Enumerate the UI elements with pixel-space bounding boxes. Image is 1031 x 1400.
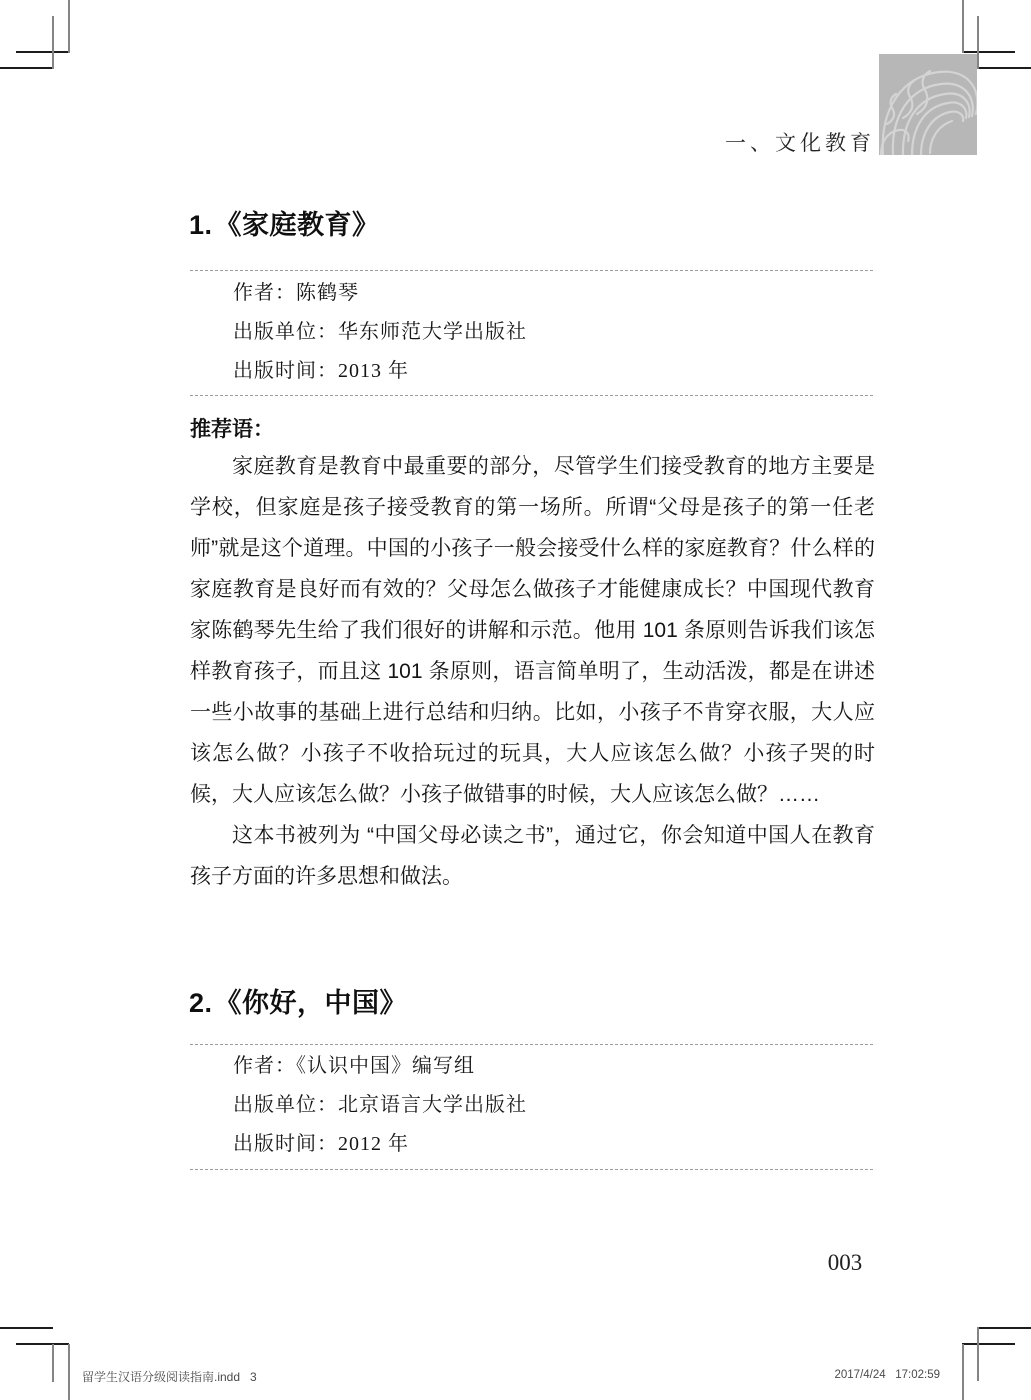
pubdate-line: 出版时间：2012 年	[233, 1125, 853, 1164]
section-2-meta: 作者：《认识中国》编写组 出版单位：北京语言大学出版社 出版时间：2012 年	[233, 1047, 853, 1164]
author-line: 作者：《认识中国》编写组	[233, 1047, 853, 1086]
publisher-line: 出版单位：华东师范大学出版社	[233, 313, 853, 352]
crop-mark	[962, 1344, 964, 1400]
divider-rule	[190, 1044, 874, 1045]
divider-rule	[190, 270, 874, 271]
running-head: 一、文化教育	[190, 127, 875, 157]
section-1-meta: 作者：陈鹤琴 出版单位：华东师范大学出版社 出版时间：2013 年	[233, 274, 853, 391]
author-line: 作者：陈鹤琴	[233, 274, 853, 313]
crop-mark	[0, 67, 53, 69]
section-1-title: 1.《家庭教育》	[189, 205, 875, 245]
crop-mark	[52, 1344, 54, 1382]
publisher-line: 出版单位：北京语言大学出版社	[233, 1086, 853, 1125]
crop-mark	[962, 51, 1015, 53]
crop-mark	[16, 1343, 69, 1345]
crop-mark	[977, 1327, 979, 1381]
divider-rule	[190, 395, 874, 396]
wave-ornament	[879, 54, 977, 155]
recommendation-label: 推荐语：	[190, 413, 274, 443]
page-number: 003	[800, 1250, 890, 1276]
crop-mark	[977, 67, 1031, 69]
recommendation-body: 家庭教育是教育中最重要的部分，尽管学生们接受教育的地方主要是学校，但家庭是孩子接…	[190, 446, 875, 897]
section-2-title: 2.《你好，中国》	[189, 983, 875, 1023]
section-2-title-text: 《你好，中国》	[215, 988, 408, 1018]
crop-mark	[52, 16, 54, 69]
wave-swirl-icon	[879, 54, 977, 155]
footer-timestamp: 2017/4/24 17:02:59	[790, 1369, 940, 1381]
section-2-number: 2.	[189, 988, 213, 1018]
divider-rule	[190, 1169, 874, 1170]
crop-mark	[16, 51, 69, 53]
crop-mark	[962, 1343, 1015, 1345]
section-1-number: 1.	[189, 210, 213, 240]
recommendation-paragraph: 这本书被列为 “中国父母必读之书”，通过它，你会知道中国人在教育孩子方面的许多思…	[190, 815, 875, 897]
crop-mark	[68, 1344, 70, 1400]
crop-mark	[977, 16, 979, 69]
section-1-title-text: 《家庭教育》	[215, 210, 380, 240]
book-page: 一、文化教育 1.《家庭教育》 作者：陈鹤琴 出版单位：华东师范大学出版社 出版…	[0, 0, 1031, 1400]
footer-filename: 留学生汉语分级阅读指南.indd 3	[82, 1368, 257, 1385]
crop-mark	[68, 0, 70, 53]
crop-mark	[977, 1327, 1031, 1329]
recommendation-paragraph: 家庭教育是教育中最重要的部分，尽管学生们接受教育的地方主要是学校，但家庭是孩子接…	[190, 446, 875, 815]
pubdate-line: 出版时间：2013 年	[233, 352, 853, 391]
crop-mark	[962, 0, 964, 53]
crop-mark	[0, 1327, 53, 1329]
